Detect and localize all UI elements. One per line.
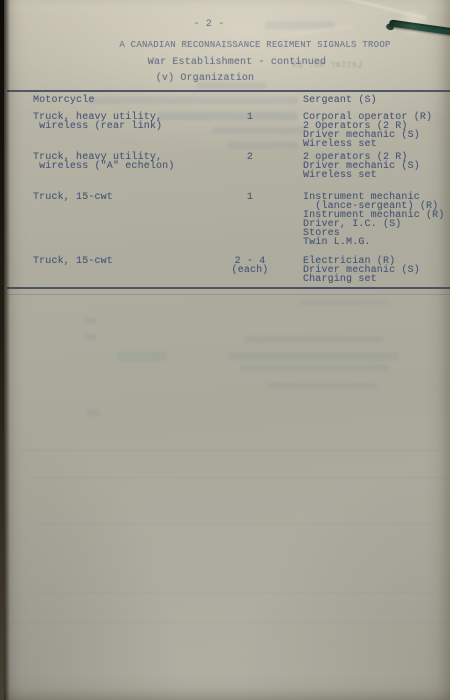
document-title: A CANADIAN RECONNAISSANCE REGIMENT SIGNA… [30, 41, 450, 50]
vehicle-label: wireless (rear link) [33, 122, 162, 131]
personnel-line: Wireless set [303, 171, 420, 180]
bleed-smudge [240, 364, 390, 372]
personnel-line: Charging set [303, 275, 420, 284]
vehicle-label: Motorcycle [33, 96, 95, 105]
bleed-smudge [84, 334, 96, 340]
document-subtitle: War Establishment - continued [12, 58, 450, 67]
vehicle-label: Truck, 15-cwt [33, 257, 113, 266]
bleed-line [20, 450, 440, 451]
bleed-smudge [196, 82, 266, 89]
personnel-line: Wireless set [303, 140, 432, 149]
bleed-through-text: Letter No. 29 [292, 60, 362, 70]
quantity-value: (each) [222, 266, 278, 275]
page-number: - 2 - [0, 20, 434, 29]
personnel-line: Sergeant (S) [303, 96, 377, 105]
horizontal-rule-bleed [7, 294, 450, 295]
quantity-value: 1 [222, 193, 278, 202]
bleed-smudge [212, 127, 304, 134]
quantity-value: 2 [222, 153, 278, 162]
bleed-smudge [88, 97, 298, 104]
bleed-line [20, 592, 448, 593]
bleed-smudge [228, 142, 298, 149]
bleed-line [10, 622, 448, 623]
bleed-smudge [268, 382, 378, 389]
personnel-line: Twin L.M.G. [303, 238, 444, 247]
horizontal-rule-top [7, 90, 450, 92]
bleed-smudge [244, 336, 384, 343]
photo-edge [0, 0, 4, 700]
horizontal-rule-bottom [7, 287, 450, 289]
document-photo: - 2 - A CANADIAN RECONNAISSANCE REGIMENT… [0, 0, 450, 700]
bleed-smudge [228, 352, 398, 361]
bleed-smudge [86, 410, 100, 416]
paper-sheet: - 2 - A CANADIAN RECONNAISSANCE REGIMENT… [0, 0, 450, 700]
bleed-smudge [158, 112, 298, 120]
bleed-smudge [300, 300, 390, 306]
bleed-line [40, 523, 435, 524]
vehicle-label: wireless ("A" echelon) [33, 162, 174, 171]
bleed-line [30, 477, 448, 478]
bleed-smudge [84, 318, 96, 324]
vehicle-label: Truck, 15-cwt [33, 193, 113, 202]
bleed-smudge [118, 352, 166, 361]
